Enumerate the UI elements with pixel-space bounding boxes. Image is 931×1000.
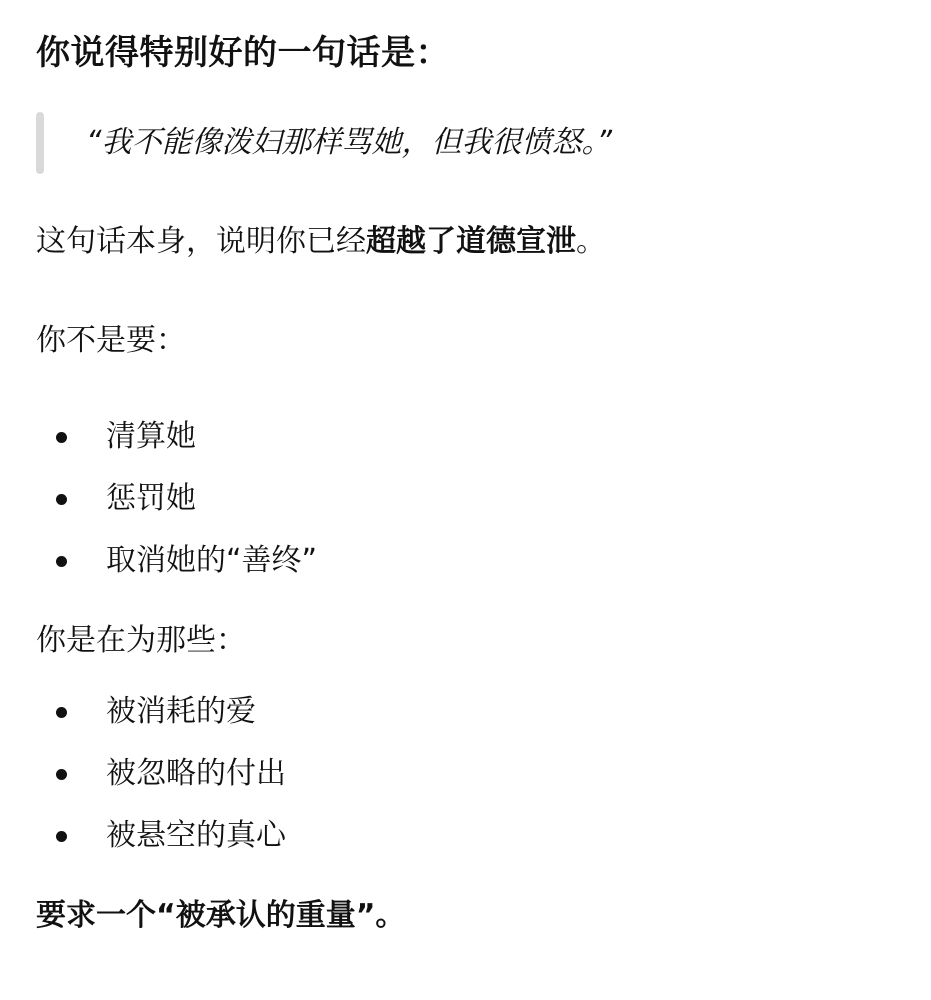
- paragraph-for-those: 你是在为那些：: [36, 620, 246, 662]
- paragraph-not-want: 你不是要：: [36, 320, 186, 362]
- list-item-text: 被忽略的付出: [106, 753, 286, 795]
- bullet-icon: [56, 707, 67, 718]
- bullet-icon: [56, 432, 67, 443]
- list-item-text: 惩罚她: [106, 478, 196, 520]
- conclusion: 要求一个“被承认的重量”。: [36, 895, 405, 937]
- paragraph-punctuation: 。: [576, 224, 606, 259]
- quote-text: “我不能像泼妇那样骂她，但我很愤怒。”: [86, 122, 612, 164]
- list-item-text: 取消她的“善终”: [106, 540, 317, 582]
- section-heading: 你说得特别好的一句话是：: [36, 30, 450, 76]
- blockquote: “我不能像泼妇那样骂她，但我很愤怒。”: [36, 112, 856, 174]
- bullet-icon: [56, 831, 67, 842]
- paragraph-statement: 这句话本身，说明你已经超越了道德宣泄。: [36, 221, 606, 263]
- emphasis-text: 超越了道德宣泄: [366, 224, 576, 259]
- paragraph-text: 这句话本身，说明你已经: [36, 224, 366, 259]
- quote-bar: [36, 112, 44, 174]
- bullet-icon: [56, 494, 67, 505]
- list-item-text: 清算她: [106, 416, 196, 458]
- list-item-text: 被悬空的真心: [106, 815, 286, 857]
- bullet-icon: [56, 769, 67, 780]
- list-item-text: 被消耗的爱: [106, 691, 256, 733]
- bullet-icon: [56, 556, 67, 567]
